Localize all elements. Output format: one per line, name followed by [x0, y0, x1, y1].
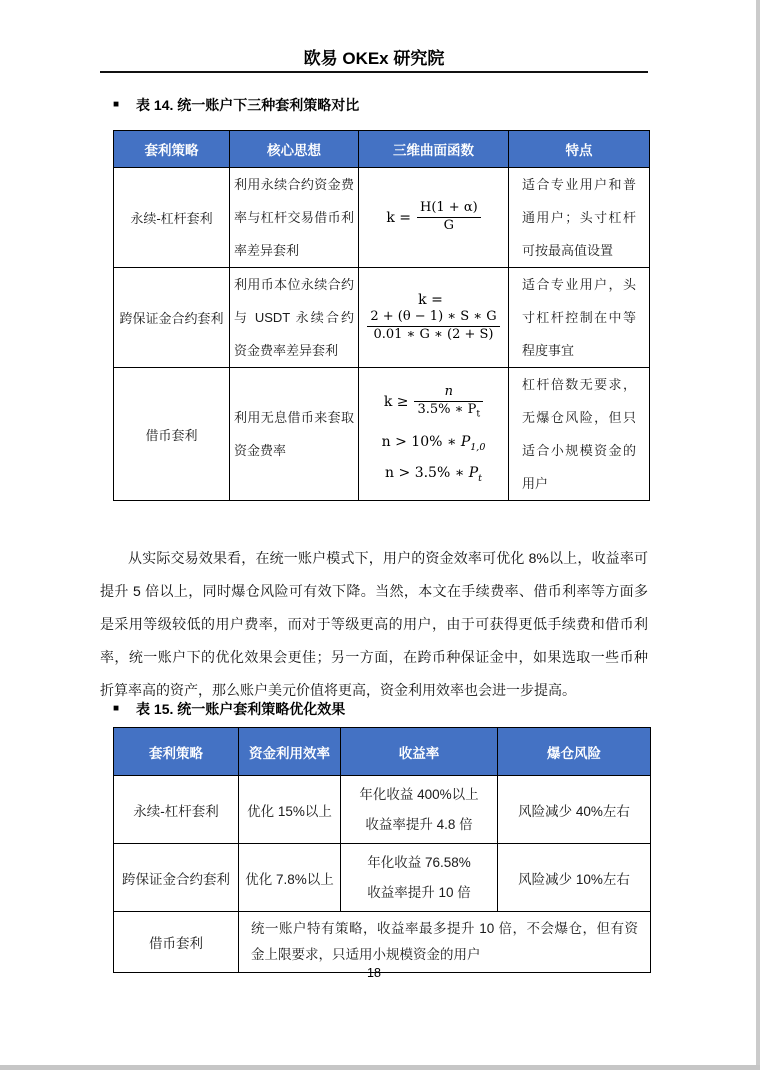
header-divider [100, 71, 648, 73]
return-line-1: 年化收益 76.58% [341, 848, 497, 878]
body-paragraph: 从实际交易效果看，在统一账户模式下，用户的资金效率可优化 8%以上，收益率可 提… [100, 542, 648, 707]
paragraph-line: 提升 5 倍以上，同时爆仓风险可有效下降。当然，本文在手续费率、借币利率等方面多 [100, 575, 648, 608]
efficiency-cell: 优化 7.8%以上 [239, 844, 341, 912]
strategy-cell: 永续-杠杆套利 [114, 168, 230, 268]
formula-cell: k =H(1 + α)G [359, 168, 509, 268]
formula-line-3: n > 3.5% ∗ Pt [359, 465, 508, 484]
table15-row-borrow-arbitrage: 借币套利 统一账户特有策略，收益率最多提升 10 倍，不会爆仓，但有资金上限要求… [114, 912, 651, 973]
fraction: H(1 + α)G [417, 200, 481, 235]
table14-header-strategy: 套利策略 [114, 131, 230, 168]
table14-header-feature: 特点 [509, 131, 650, 168]
expression-base: n > 3.5% ∗ [385, 465, 469, 481]
strategy-cell: 永续-杠杆套利 [114, 776, 239, 844]
denominator-base: 3.5% ∗ P [417, 402, 476, 417]
fraction-numerator: n [414, 384, 483, 402]
table15-row-cross-margin: 跨保证金合约套利 优化 7.8%以上 年化收益 76.58% 收益率提升 10 … [114, 844, 651, 912]
return-line-2: 收益率提升 4.8 倍 [341, 810, 497, 840]
paragraph-line: 从实际交易效果看，在统一账户模式下，用户的资金效率可优化 8%以上，收益率可 [100, 542, 648, 575]
table14-header-formula: 三维曲面函数 [359, 131, 509, 168]
idea-cell: 利用无息借币来套取资金费率 [230, 368, 359, 501]
bullet-square-icon: ■ [113, 704, 119, 714]
fraction-numerator: 2 + (θ − 1) ∗ S ∗ G [367, 309, 499, 327]
table14-header-idea: 核心思想 [230, 131, 359, 168]
denominator-subscript: t [476, 408, 480, 419]
fraction: 2 + (θ − 1) ∗ S ∗ G0.01 ∗ G ∗ (2 + S) [367, 309, 499, 344]
bullet-square-icon: ■ [113, 100, 119, 110]
table14-header-row: 套利策略 核心思想 三维曲面函数 特点 [114, 131, 650, 168]
table15-header-row: 套利策略 资金利用效率 收益率 爆仓风险 [114, 728, 651, 776]
return-line-1: 年化收益 400%以上 [341, 780, 497, 810]
page-edge-bottom [0, 1065, 760, 1070]
strategy-cell: 借币套利 [114, 368, 230, 501]
formula-line-2: n > 10% ∗ P1,0 [359, 434, 508, 453]
formula-cell: k ≥n3.5% ∗ Pt n > 10% ∗ P1,0 n > 3.5% ∗ … [359, 368, 509, 501]
fraction-denominator: 0.01 ∗ G ∗ (2 + S) [367, 327, 499, 344]
strategy-cell: 借币套利 [114, 912, 239, 973]
variable-p: P [461, 434, 470, 450]
feature-cell: 适合专业用户和普通用户；头寸杠杆可按最高值设置 [509, 168, 650, 268]
return-cell: 年化收益 76.58% 收益率提升 10 倍 [341, 844, 498, 912]
page-edge-right [756, 0, 760, 1070]
table15-title: 表 15. 统一账户套利策略优化效果 [136, 699, 345, 719]
table14-row-perp-margin: 永续-杠杆套利 利用永续合约资金费率与杠杆交易借币利率差异套利 k =H(1 +… [114, 168, 650, 268]
table15-header-risk: 爆仓风险 [498, 728, 651, 776]
strategy-cell: 跨保证金合约套利 [114, 844, 239, 912]
table14-row-borrow-arbitrage: 借币套利 利用无息借币来套取资金费率 k ≥n3.5% ∗ Pt n > 10%… [114, 368, 650, 501]
doc-header-title: 欧易 OKEx 研究院 [100, 44, 648, 69]
formula-cell: k =2 + (θ − 1) ∗ S ∗ G0.01 ∗ G ∗ (2 + S) [359, 268, 509, 368]
table15-header-efficiency: 资金利用效率 [239, 728, 341, 776]
table15-row-perp-margin: 永续-杠杆套利 优化 15%以上 年化收益 400%以上 收益率提升 4.8 倍… [114, 776, 651, 844]
fraction-denominator: 3.5% ∗ Pt [414, 402, 483, 421]
formula-lhs: k = [386, 210, 411, 226]
table15: 套利策略 资金利用效率 收益率 爆仓风险 永续-杠杆套利 优化 15%以上 年化… [113, 727, 651, 973]
formula-line-1: k ≥n3.5% ∗ Pt [359, 384, 508, 421]
paragraph-line: 率，统一账户下的优化效果会更佳；另一方面，在跨币种保证金中，如果选取一些币种 [100, 641, 648, 674]
idea-cell: 利用永续合约资金费率与杠杆交易借币利率差异套利 [230, 168, 359, 268]
table15-caption: ■ 表 15. 统一账户套利策略优化效果 [113, 699, 345, 719]
page-number: 18 [100, 966, 648, 980]
idea-cell: 利用币本位永续合约与 USDT 永续合约资金费率差异套利 [230, 268, 359, 368]
table14-caption: ■ 表 14. 统一账户下三种套利策略对比 [113, 95, 359, 115]
paragraph-line: 是采用等级较低的用户费率，而对于等级更高的用户，由于可获得更低手续费和借币利 [100, 608, 648, 641]
expression-base: n > 10% ∗ [382, 434, 461, 450]
fraction: n3.5% ∗ Pt [414, 384, 483, 421]
table14-row-cross-margin: 跨保证金合约套利 利用币本位永续合约与 USDT 永续合约资金费率差异套利 k … [114, 268, 650, 368]
variable-subscript: t [478, 473, 482, 484]
table15-header-return: 收益率 [341, 728, 498, 776]
fraction-denominator: G [417, 218, 481, 235]
table14: 套利策略 核心思想 三维曲面函数 特点 永续-杠杆套利 利用永续合约资金费率与杠… [113, 130, 650, 501]
risk-cell: 风险减少 40%左右 [498, 776, 651, 844]
feature-cell: 杠杆倍数无要求，无爆仓风险，但只适合小规模资金的用户 [509, 368, 650, 501]
formula-k-equation: k =2 + (θ − 1) ∗ S ∗ G0.01 ∗ G ∗ (2 + S) [367, 292, 499, 334]
risk-cell: 风险减少 10%左右 [498, 844, 651, 912]
variable-subscript: 1,0 [470, 441, 485, 452]
variable-p: P [469, 465, 478, 481]
merged-description-cell: 统一账户特有策略，收益率最多提升 10 倍，不会爆仓，但有资金上限要求，只适用小… [239, 912, 651, 973]
fraction-numerator: H(1 + α) [417, 200, 481, 218]
return-cell: 年化收益 400%以上 收益率提升 4.8 倍 [341, 776, 498, 844]
efficiency-cell: 优化 15%以上 [239, 776, 341, 844]
formula-lhs: k ≥ [384, 394, 409, 410]
document-page: 欧易 OKEx 研究院 ■ 表 14. 统一账户下三种套利策略对比 套利策略 核… [0, 0, 760, 1070]
return-line-2: 收益率提升 10 倍 [341, 878, 497, 908]
table15-header-strategy: 套利策略 [114, 728, 239, 776]
formula-lhs: k = [418, 292, 443, 308]
formula-k-equation: k =H(1 + α)G [386, 210, 480, 226]
feature-cell: 适合专业用户，头寸杠杆控制在中等程度事宜 [509, 268, 650, 368]
strategy-cell: 跨保证金合约套利 [114, 268, 230, 368]
table14-title: 表 14. 统一账户下三种套利策略对比 [136, 95, 359, 115]
